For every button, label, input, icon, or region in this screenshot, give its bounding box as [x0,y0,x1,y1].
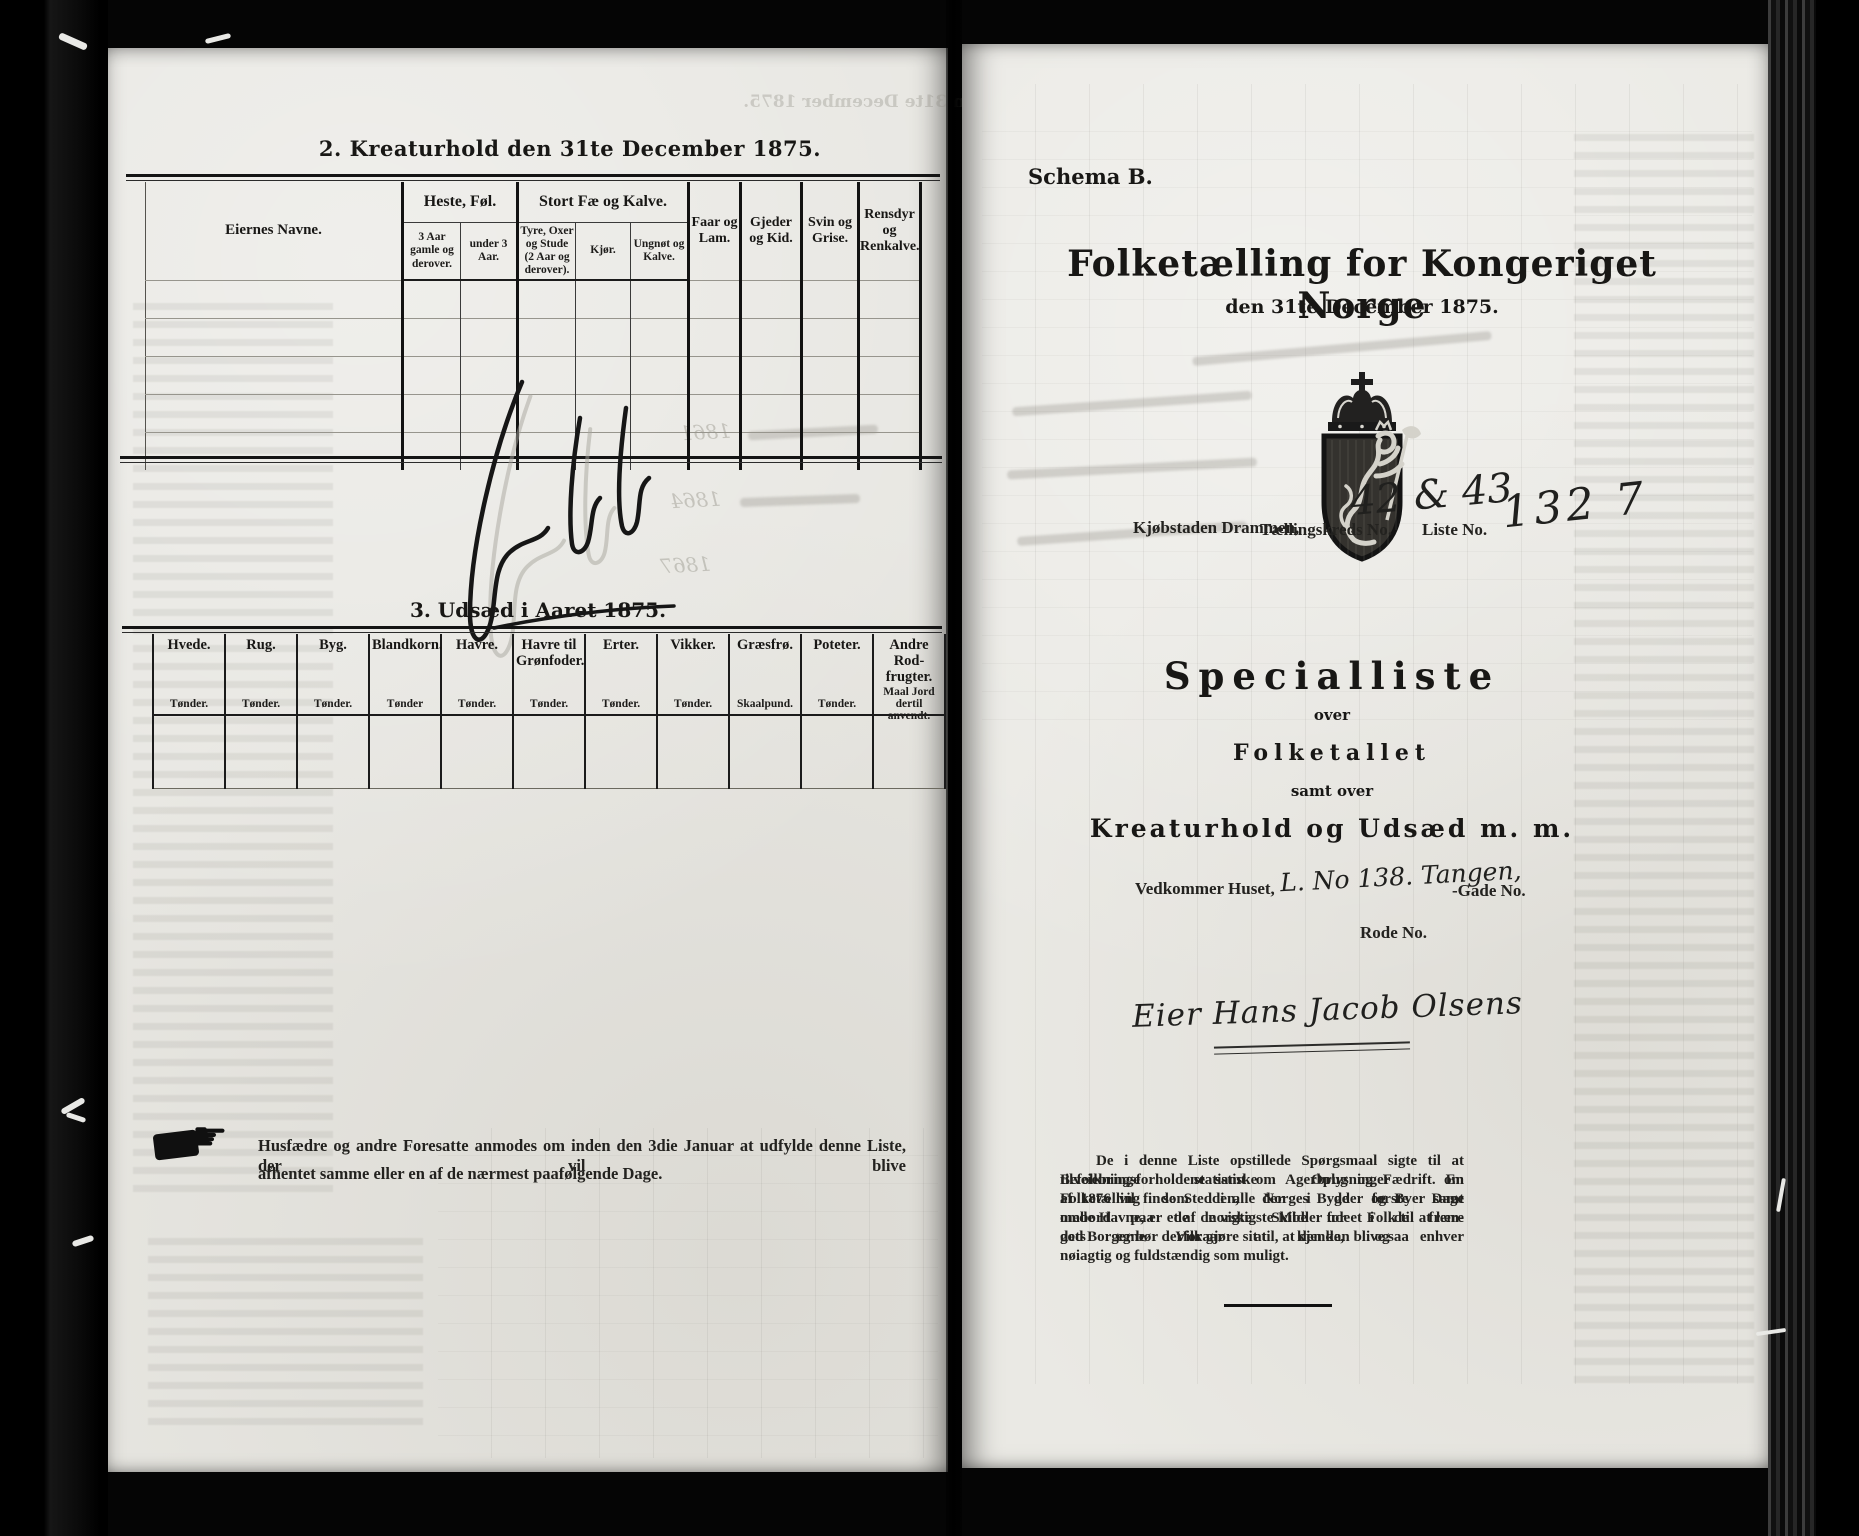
column-header-rug: Rug.Tønder. [225,634,297,715]
section-3-title: 3. Udsæd i Aaret 1875. [338,598,738,622]
column-group-stort-fae: Stort Fæ og Kalve. [518,182,689,222]
column-header-kjoer: Kjør. [576,222,631,280]
column-header-tyre-oxer: Tyre, Oxer og Stude (2 Aar og derover). [518,222,576,280]
specialliste-kreaturhold: Kreaturhold og Udsæd m. m. [1022,814,1642,843]
column-header-vikker: Vikker.Tønder. [657,634,729,715]
end-rule [1224,1304,1332,1307]
info-paragraph-line: god Borger bør derfor gjøre sit til, at … [1060,1228,1464,1266]
column-header-faar-og-lam: Faar og Lam. [689,182,741,280]
specialliste-over: over [1022,706,1642,724]
column-header-andre-rodfrugter: Andre Rod- frugter.Maal Jord dertil anve… [873,634,945,715]
table-row [146,280,921,319]
table-row [146,319,921,357]
column-header-poteter: Poteter.Tønder. [801,634,873,715]
document-scan: den 31te December 1875. 1861 1864 1867 2… [0,0,1859,1536]
column-header-graesfroe: Græsfrø.Skaalpund. [729,634,801,715]
column-header-byg: Byg.Tønder. [297,634,369,715]
scan-right-black [1816,0,1859,1536]
column-header-gjeder-og-kid: Gjeder og Kid. [741,182,802,280]
column-group-heste-foel: Heste, Føl. [403,182,518,222]
column-header-heste-under3: under 3 Aar. [461,222,518,280]
udsaed-table: Hvede.Tønder. Rug.Tønder. Byg.Tønder. Bl… [152,634,946,789]
footnote-manicule-icon: ☛ [192,1114,228,1160]
bleedthrough-text-block [148,1238,423,1433]
column-header-rensdyr: Rensdyr og Renkalve. [859,182,921,280]
footnote-line-2: afhentet samme eller en af de nærmest pa… [258,1164,906,1184]
table-row [153,715,945,789]
chalk-mark [205,33,231,44]
specialliste-folketallet: Folketallet [1022,740,1642,766]
column-header-havre-groenfoder: Havre til Grønfoder.Tønder. [513,634,585,715]
list-label: Liste No. [1422,520,1487,540]
column-header-eiernes-navne: Eiernes Navne. [146,182,403,280]
column-header-hvede: Hvede.Tønder. [153,634,225,715]
page-gutter [946,0,962,1536]
handwritten-scrawl [430,378,700,678]
column-header-erter: Erter.Tønder. [585,634,657,715]
schema-label: Schema B. [1028,164,1153,189]
bleedthrough-handwriting [740,494,860,507]
section-2-title: 2. Kreaturhold den 31te December 1875. [270,136,870,161]
specialliste-samt-over: samt over [1022,782,1642,800]
column-header-blandkorn: Blandkorn.Tønder [369,634,441,715]
column-header-ungnot-kalve: Ungnøt og Kalve. [631,222,689,280]
right-page: Schema B. Folketælling for Kongeriget No… [962,44,1768,1468]
column-header-svin-og-grise: Svin og Grise. [802,182,859,280]
rule [126,174,940,181]
census-subtitle: den 31te December 1875. [1022,296,1702,318]
gade-no-label: -Gade No. [1452,881,1526,901]
rode-no-label: Rode No. [1360,923,1427,943]
scan-right-edge [1768,0,1818,1536]
rule [122,626,942,633]
scan-left-edge [0,0,108,1536]
column-header-heste-3aar: 3 Aar gamle og derover. [403,222,461,280]
house-label: Vedkommer Huset, [1135,879,1275,899]
specialliste-title: Specialliste [1022,654,1642,698]
left-page: den 31te December 1875. 1861 1864 1867 2… [108,48,948,1472]
column-header-havre: Havre.Tønder. [441,634,513,715]
